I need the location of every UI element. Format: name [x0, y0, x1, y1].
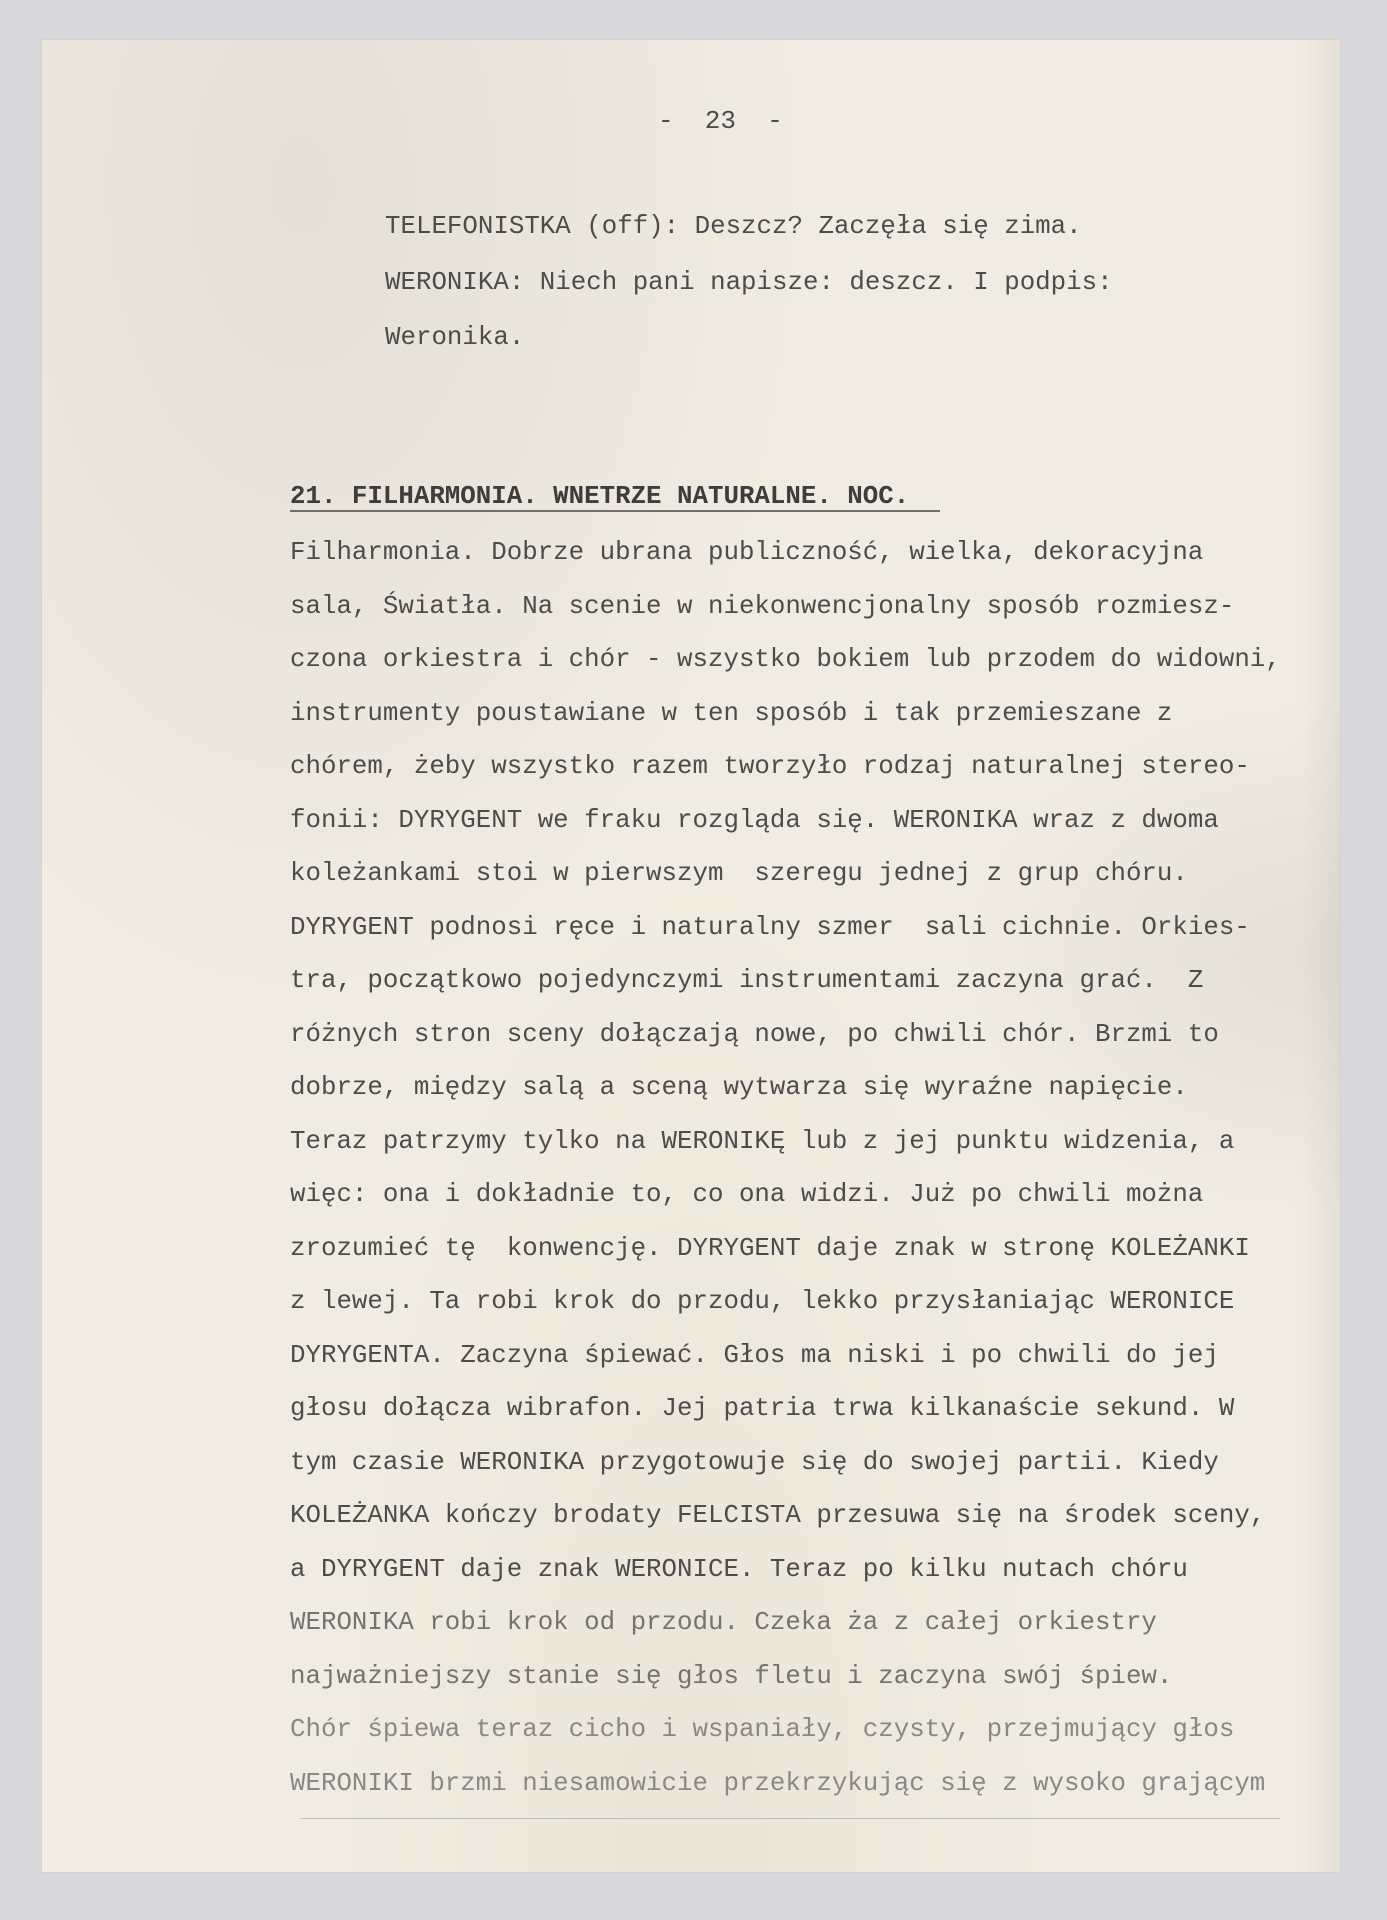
dialogue-line-1: TELEFONISTKA (off): Deszcz? Zaczęła się …	[385, 212, 1082, 242]
body-line: dobrze, między salą a sceną wytwarza się…	[290, 1073, 1188, 1103]
body-line: DYRYGENT podnosi ręce i naturalny szmer …	[290, 913, 1250, 943]
body-line: fonii: DYRYGENT we fraku rozgląda się. W…	[290, 806, 1219, 836]
body-line: różnych stron sceny dołączają nowe, po c…	[290, 1020, 1219, 1050]
body-line: Teraz patrzymy tylko na WERONIKĘ lub z j…	[290, 1127, 1234, 1157]
body-line: koleżankami stoi w pierwszym szeregu jed…	[290, 859, 1188, 889]
body-line: KOLEŻANKA kończy brodaty FELCISTA przesu…	[290, 1501, 1265, 1531]
body-line: DYRYGENTA. Zaczyna śpiewać. Głos ma nisk…	[290, 1341, 1219, 1371]
body-line: czona orkiestra i chór - wszystko bokiem…	[290, 645, 1281, 675]
body-line: chórem, żeby wszystko razem tworzyło rod…	[290, 752, 1250, 782]
body-line: najważniejszy stanie się głos fletu i za…	[290, 1662, 1172, 1692]
body-line: WERONIKA robi krok od przodu. Czeka ża z…	[290, 1608, 1157, 1638]
body-line: tym czasie WERONIKA przygotowuje się do …	[290, 1448, 1219, 1478]
scene-heading-underline	[290, 510, 940, 512]
body-line: więc: ona i dokładnie to, co ona widzi. …	[290, 1180, 1203, 1210]
body-line: Filharmonia. Dobrze ubrana publiczność, …	[290, 538, 1203, 568]
page-number: - 23 -	[658, 106, 783, 136]
scene-heading: 21. FILHARMONIA. WNETRZE NATURALNE. NOC.	[290, 482, 909, 512]
dialogue-line-3: Weronika.	[385, 323, 524, 353]
body-line: głosu dołącza wibrafon. Jej patria trwa …	[290, 1394, 1234, 1424]
body-line: Chór śpiewa teraz cicho i wspaniały, czy…	[290, 1715, 1234, 1745]
typewritten-page	[42, 40, 1340, 1872]
body-line: WERONIKI brzmi niesamowicie przekrzykują…	[290, 1769, 1265, 1799]
body-line: instrumenty poustawiane w ten sposób i t…	[290, 699, 1172, 729]
body-line: tra, początkowo pojedynczymi instrumenta…	[290, 966, 1203, 996]
dialogue-line-2: WERONIKA: Niech pani napisze: deszcz. I …	[385, 268, 1113, 298]
body-line: zrozumieć tę konwencję. DYRYGENT daje zn…	[290, 1234, 1250, 1264]
body-line: sala, Światła. Na scenie w niekonwencjon…	[290, 592, 1234, 622]
body-line: a DYRYGENT daje znak WERONICE. Teraz po …	[290, 1555, 1188, 1585]
bottom-edge-rule	[300, 1818, 1280, 1819]
body-line: z lewej. Ta robi krok do przodu, lekko p…	[290, 1287, 1234, 1317]
page-edge-shading	[1300, 40, 1340, 1872]
